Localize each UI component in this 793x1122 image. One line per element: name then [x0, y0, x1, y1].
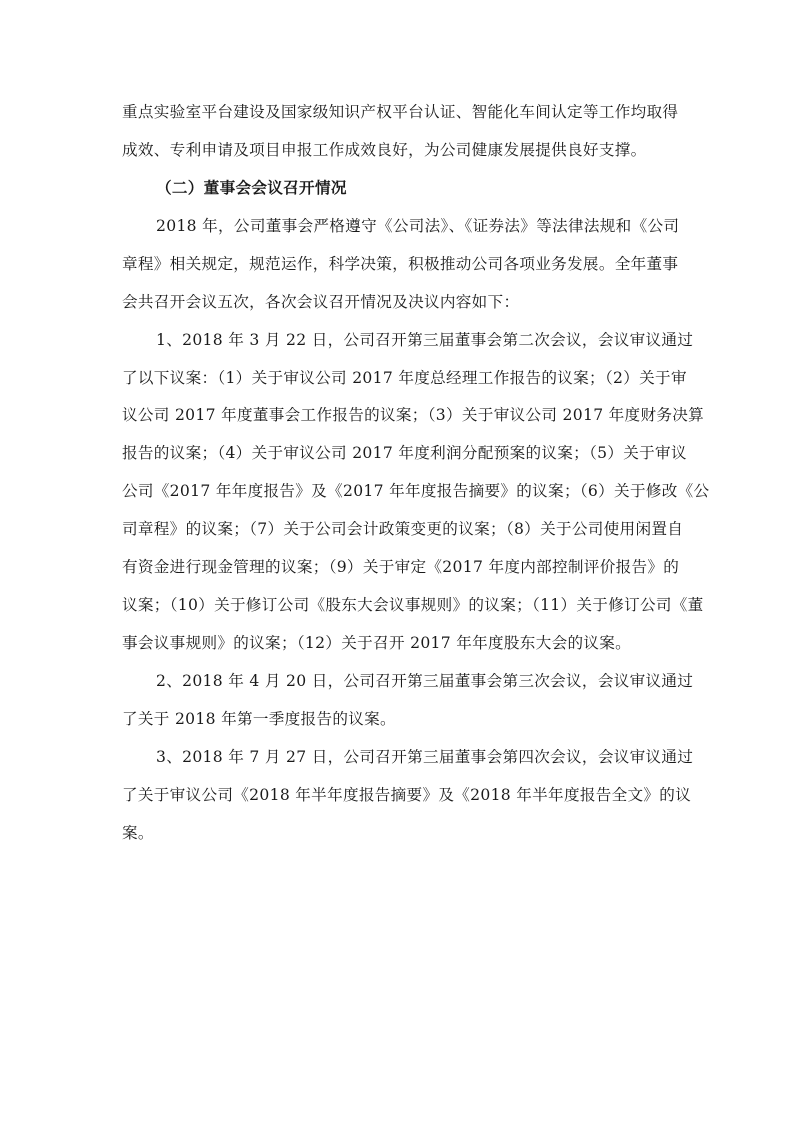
meeting-1-line: 了以下议案：（1）关于审议公司 2017 年度总经理工作报告的议案；（2）关于审 — [122, 368, 673, 388]
meeting-1-line: 1、2018 年 3 月 22 日，公司召开第三届董事会第二次会议，会议审议通过 — [156, 330, 673, 350]
meeting-1-line: 事会议事规则》的议案；（12）关于召开 2017 年年度股东大会的议案。 — [122, 633, 631, 653]
meeting-1-line: 议案；（10）关于修订公司《股东大会议事规则》的议案；（11）关于修订公司《董 — [122, 595, 673, 615]
paragraph-line: 2018 年，公司董事会严格遵守《公司法》、《证券法》等法律法规和《公司 — [156, 216, 673, 236]
meeting-3-line: 了关于审议公司《2018 年半年度报告摘要》及《2018 年半年度报告全文》的议 — [122, 785, 673, 805]
section-heading-board-meetings: （二）董事会会议召开情况 — [156, 178, 347, 198]
meeting-3-line: 3、2018 年 7 月 27 日，公司召开第三届董事会第四次会议，会议审议通过 — [156, 747, 673, 767]
paragraph-line: 重点实验室平台建设及国家级知识产权平台认证、智能化车间认定等工作均取得 — [122, 102, 673, 122]
meeting-3-line: 案。 — [122, 823, 154, 843]
paragraph-line: 章程》相关规定，规范运作，科学决策，积极推动公司各项业务发展。全年董事 — [122, 254, 673, 274]
paragraph-line: 成效、专利申请及项目申报工作成效良好，为公司健康发展提供良好支撑。 — [122, 140, 647, 160]
meeting-2-line: 2、2018 年 4 月 20 日，公司召开第三届董事会第三次会议，会议审议通过 — [156, 671, 673, 691]
meeting-1-line: 议公司 2017 年度董事会工作报告的议案；（3）关于审议公司 2017 年度财… — [122, 405, 673, 425]
paragraph-line: 会共召开会议五次，各次会议召开情况及决议内容如下： — [122, 292, 519, 312]
meeting-2-line: 了关于 2018 年第一季度报告的议案。 — [122, 709, 396, 729]
meeting-1-line: 有资金进行现金管理的议案；（9）关于审定《2017 年度内部控制评价报告》的 — [122, 557, 673, 577]
meeting-1-line: 司章程》的议案；（7）关于公司会计政策变更的议案；（8）关于公司使用闲置自 — [122, 519, 673, 539]
meeting-1-line: 报告的议案；（4）关于审议公司 2017 年度利润分配预案的议案；（5）关于审议 — [122, 443, 673, 463]
meeting-1-line: 公司《2017 年年度报告》及《2017 年年度报告摘要》的议案；（6）关于修改… — [122, 481, 673, 501]
